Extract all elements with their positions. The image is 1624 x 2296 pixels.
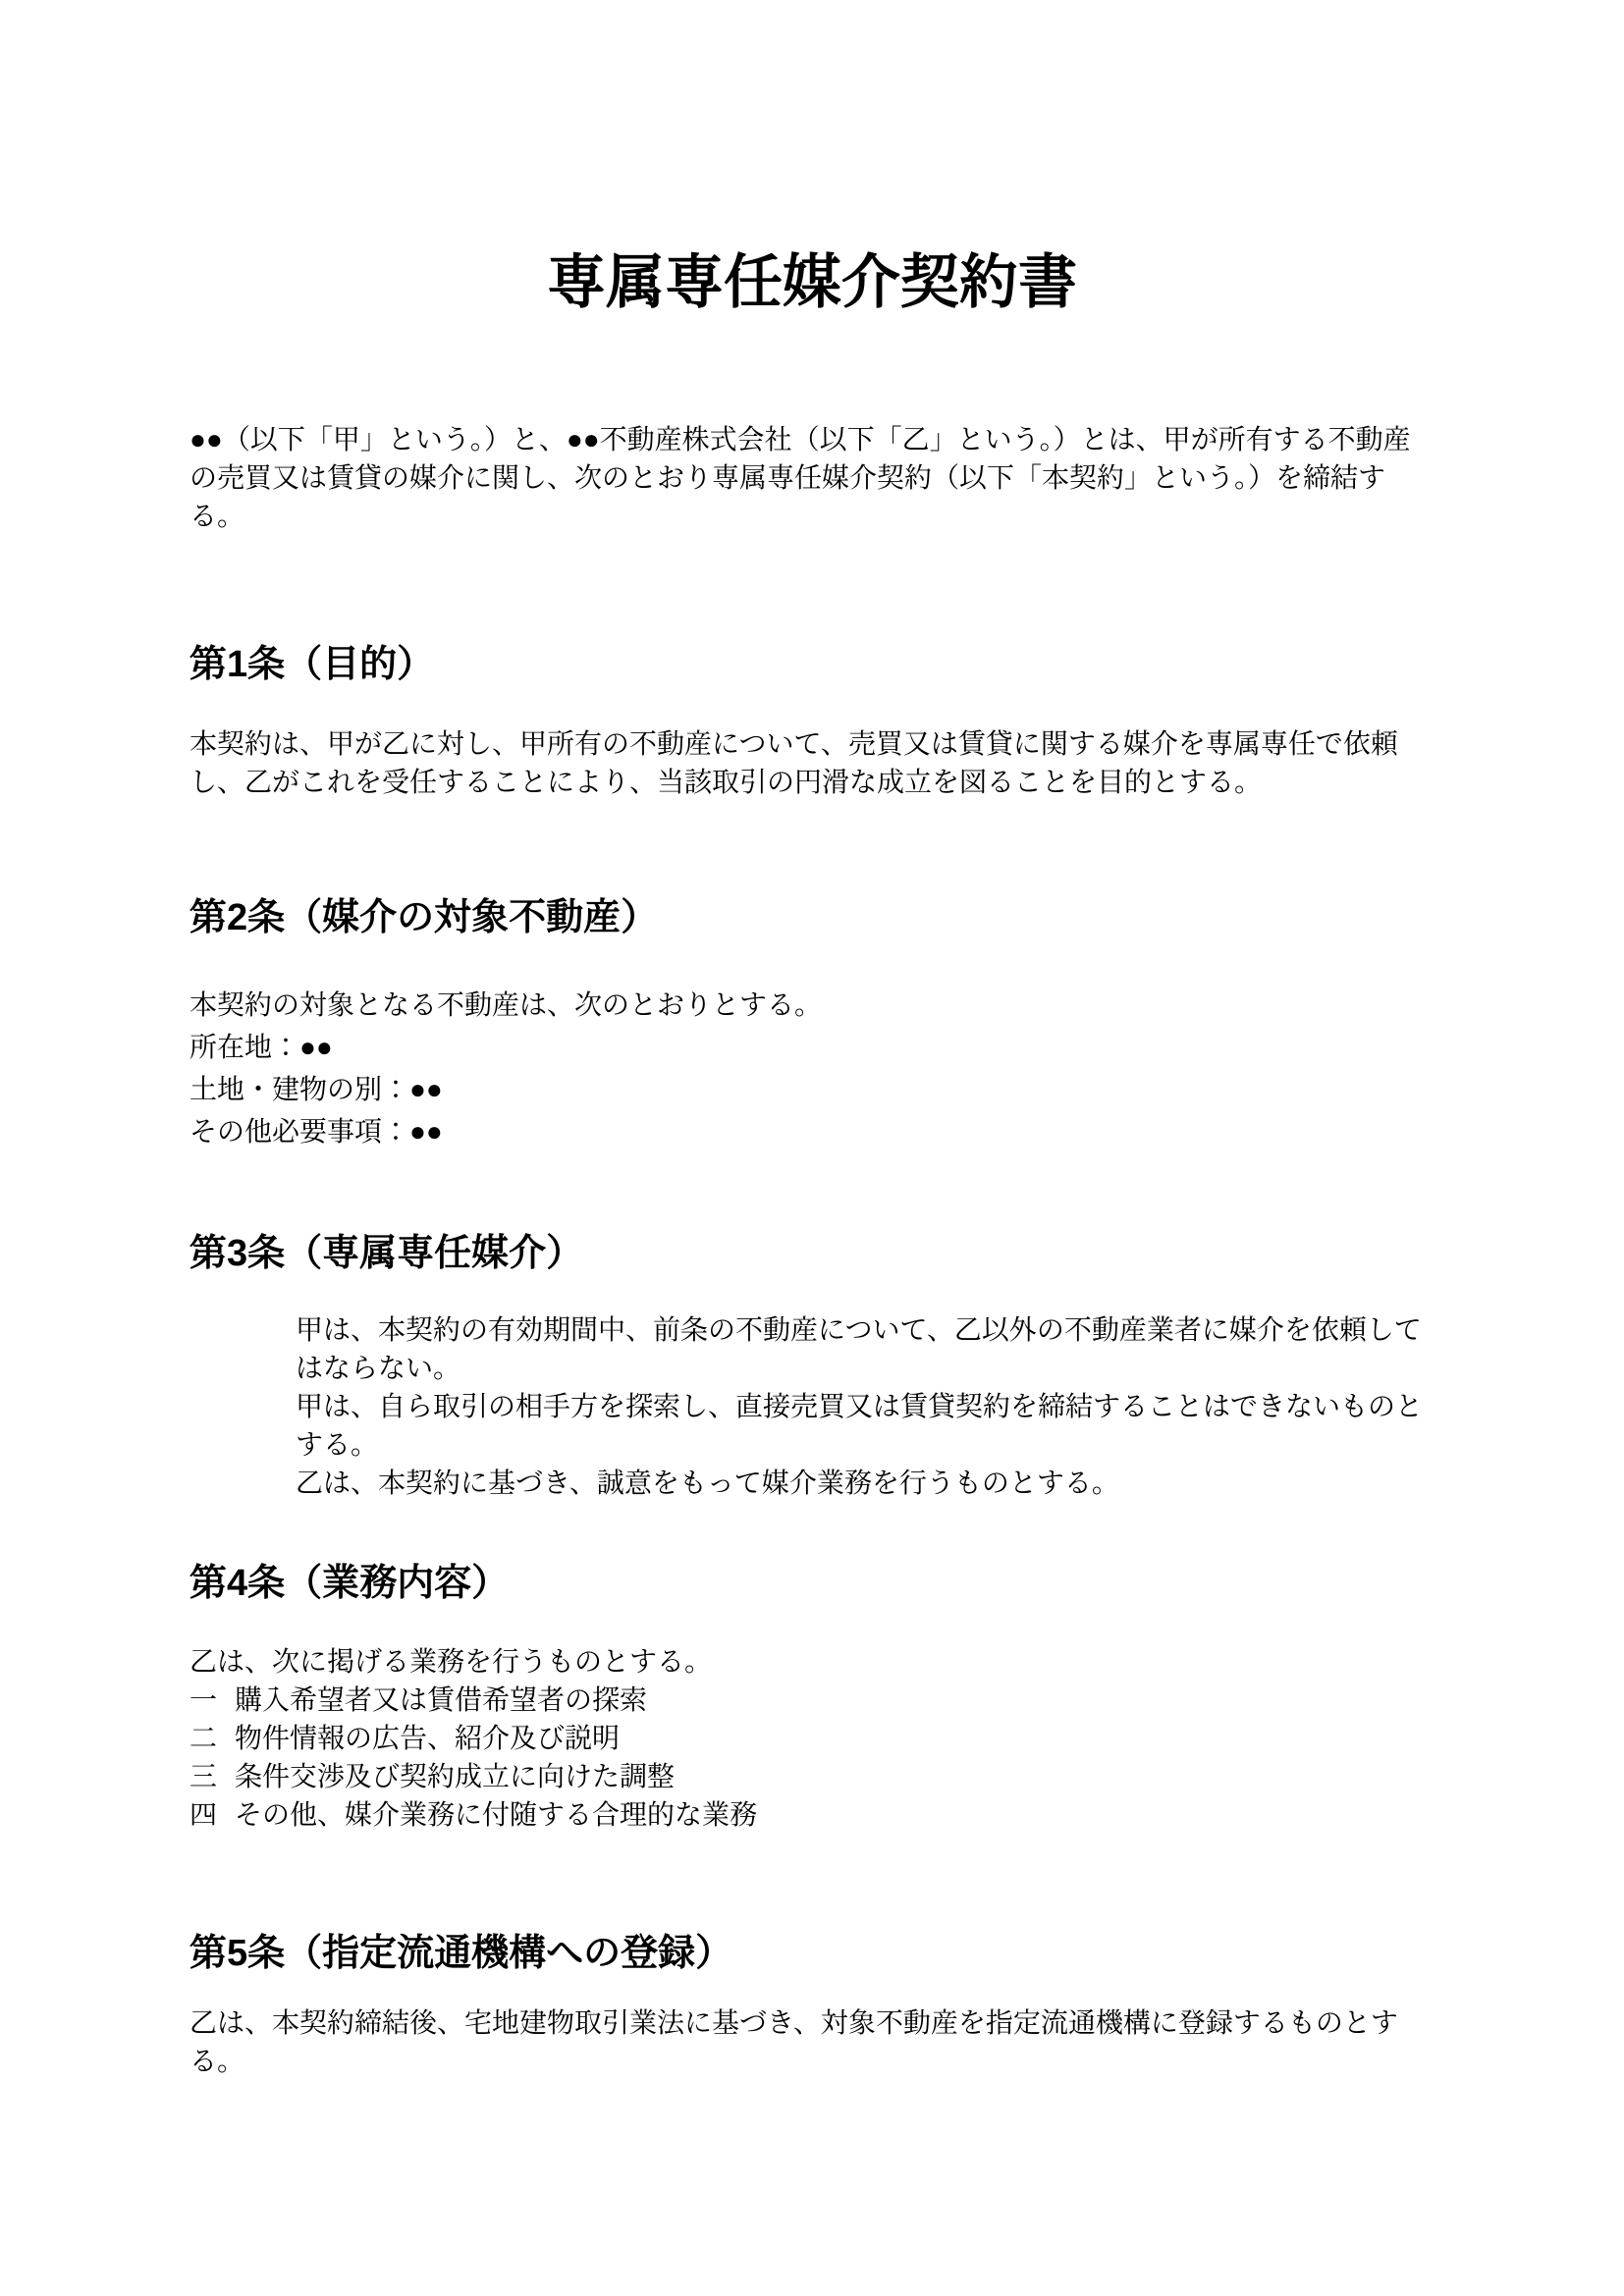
- list-item-text: 条件交渉及び契約成立に向けた調整: [235, 1757, 1435, 1795]
- article-3-body: 甲は、本契約の有効期間中、前条の不動産について、乙以外の不動産業者に媒介を依頼し…: [296, 1310, 1435, 1502]
- article-4-heading: 第4条（業務内容）: [189, 1560, 1435, 1607]
- article-5-body: 乙は、本契約締結後、宅地建物取引業法に基づき、対象不動産を指定流通機構に登録する…: [189, 2003, 1435, 2080]
- article-2-body: 本契約の対象となる不動産は、次のとおりとする。 所在地：●● 土地・建物の別：●…: [189, 984, 1435, 1152]
- list-item-number: 二: [189, 1719, 235, 1757]
- article-4-body: 乙は、次に掲げる業務を行うものとする。 一 購入希望者又は賃借希望者の探索 二 …: [189, 1642, 1435, 1834]
- article-3-clause-1: 甲は、本契約の有効期間中、前条の不動産について、乙以外の不動産業者に媒介を依頼し…: [296, 1310, 1435, 1387]
- article-2-intro: 本契約の対象となる不動産は、次のとおりとする。: [189, 984, 1435, 1026]
- field-location: 所在地：●●: [189, 1026, 1435, 1068]
- list-item-number: 三: [189, 1757, 235, 1795]
- article-3-heading: 第3条（専属専任媒介）: [189, 1230, 1435, 1277]
- list-item-text: その他、媒介業務に付随する合理的な業務: [235, 1795, 1435, 1834]
- list-item-text: 物件情報の広告、紹介及び説明: [235, 1719, 1435, 1757]
- field-land-building-type: 土地・建物の別：●●: [189, 1068, 1435, 1110]
- list-item-number: 一: [189, 1681, 235, 1719]
- list-item: 三 条件交渉及び契約成立に向けた調整: [189, 1757, 1435, 1795]
- preamble-paragraph: ●●（以下「甲」という。）と、●●不動産株式会社（以下「乙」という。）とは、甲が…: [189, 420, 1435, 535]
- list-item-text: 購入希望者又は賃借希望者の探索: [235, 1681, 1435, 1719]
- document-title: 専属専任媒介契約書: [189, 247, 1435, 318]
- article-5-heading: 第5条（指定流通機構への登録）: [189, 1930, 1435, 1977]
- article-1-body: 本契約は、甲が乙に対し、甲所有の不動産について、売買又は賃貸に関する媒介を専属専…: [189, 724, 1435, 801]
- list-item-number: 四: [189, 1795, 235, 1834]
- list-item: 二 物件情報の広告、紹介及び説明: [189, 1719, 1435, 1757]
- article-2-heading: 第2条（媒介の対象不動産）: [189, 894, 1435, 941]
- article-4-intro: 乙は、次に掲げる業務を行うものとする。: [189, 1642, 1435, 1681]
- article-3-clause-3: 乙は、本契約に基づき、誠意をもって媒介業務を行うものとする。: [296, 1464, 1435, 1502]
- list-item: 一 購入希望者又は賃借希望者の探索: [189, 1681, 1435, 1719]
- contract-document-page: 専属専任媒介契約書 ●●（以下「甲」という。）と、●●不動産株式会社（以下「乙」…: [0, 0, 1624, 2296]
- article-1-heading: 第1条（目的）: [189, 641, 1435, 688]
- article-3-clause-2: 甲は、自ら取引の相手方を探索し、直接売買又は賃貸契約を締結することはできないもの…: [296, 1387, 1435, 1464]
- list-item: 四 その他、媒介業務に付随する合理的な業務: [189, 1795, 1435, 1834]
- field-other-required-items: その他必要事項：●●: [189, 1110, 1435, 1152]
